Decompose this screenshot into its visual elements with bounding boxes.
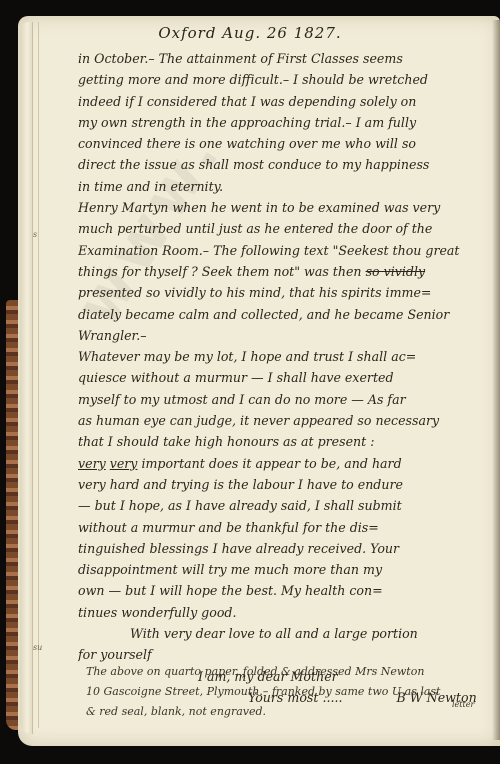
text-line: things for thyself ? Seek them not" was … bbox=[78, 261, 490, 282]
text-line: tinues wonderfully good. bbox=[78, 602, 490, 623]
note-line: & red seal, blank, not engraved. bbox=[86, 702, 496, 722]
text-line: Henry Martyn when he went in to be exami… bbox=[78, 197, 490, 218]
page-shadow bbox=[492, 20, 500, 740]
page-stack-edge bbox=[20, 22, 33, 734]
struck-text: so vividly bbox=[366, 264, 426, 279]
text-line: own — but I will hope the best. My healt… bbox=[78, 580, 490, 601]
text-segment: important does it appear to be, and hard bbox=[141, 456, 401, 471]
text-line: much perturbed until just as he entered … bbox=[78, 218, 490, 239]
archival-note: The above on quarto paper. folded & addr… bbox=[86, 662, 496, 722]
margin-mark: s bbox=[33, 230, 37, 239]
margin-mark: su bbox=[33, 643, 42, 652]
text-line: as human eye can judge, it never appeare… bbox=[78, 410, 490, 431]
text-line: Wrangler.– bbox=[78, 325, 490, 346]
text-line: tinguished blessings I have already rece… bbox=[78, 538, 490, 559]
text-line: that I should take high honours as at pr… bbox=[78, 431, 490, 452]
underlined-word: very bbox=[110, 456, 138, 471]
text-line: Examination Room.– The following text "S… bbox=[78, 240, 490, 261]
text-line: — but I hope, as I have already said, I … bbox=[78, 495, 490, 516]
note-line: 10 Gascoigne Street, Plymouth.– franked … bbox=[86, 682, 496, 702]
book-spine bbox=[6, 300, 18, 730]
text-line: direct the issue as shall most conduce t… bbox=[78, 154, 490, 175]
margin-rule bbox=[38, 22, 39, 728]
text-line: in October.– The attainment of First Cla… bbox=[78, 48, 490, 69]
letter-body: in October.– The attainment of First Cla… bbox=[78, 48, 490, 708]
text-line: very very important does it appear to be… bbox=[78, 453, 490, 474]
underlined-word: very bbox=[78, 456, 106, 471]
text-line: myself to my utmost and I can do no more… bbox=[78, 389, 490, 410]
text-line: my own strength in the approaching trial… bbox=[78, 112, 490, 133]
closing-line: With very dear love to all and a large p… bbox=[78, 623, 490, 644]
text-line: disappointment will try me much more tha… bbox=[78, 559, 490, 580]
text-line: getting more and more difficult.– I shou… bbox=[78, 69, 490, 90]
text-line: presented so vividly to his mind, that h… bbox=[78, 282, 490, 303]
text-line: in time and in eternity. bbox=[78, 176, 490, 197]
text-segment: things for thyself ? Seek them not" was … bbox=[78, 264, 362, 279]
text-line: without a murmur and be thankful for the… bbox=[78, 517, 490, 538]
text-line: very hard and trying is the labour I hav… bbox=[78, 474, 490, 495]
note-line: The above on quarto paper. folded & addr… bbox=[86, 662, 496, 682]
text-line: convinced there is one watching over me … bbox=[78, 133, 490, 154]
note-superscript: letter bbox=[452, 700, 474, 709]
letter-heading: Oxford Aug. 26 1827. bbox=[0, 24, 500, 42]
text-line: Whatever may be my lot, I hope and trust… bbox=[78, 346, 490, 367]
text-line: indeed if I considered that I was depend… bbox=[78, 91, 490, 112]
text-line: quiesce without a murmur — I shall have … bbox=[78, 367, 490, 388]
text-line: diately became calm and collected, and h… bbox=[78, 304, 490, 325]
